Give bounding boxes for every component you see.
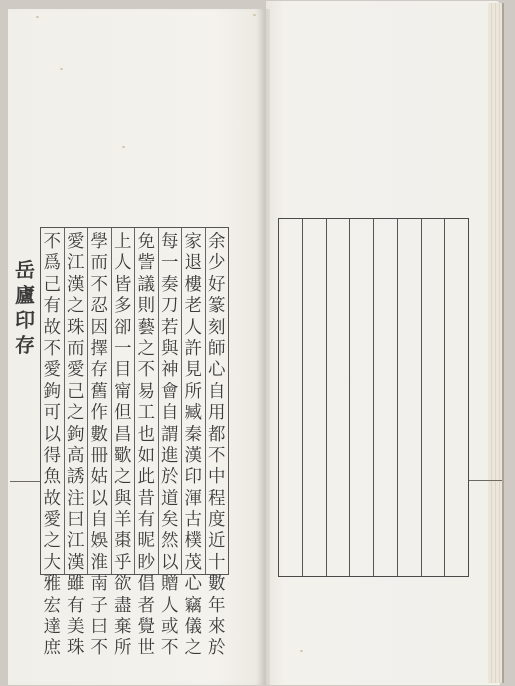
text-char: 所	[185, 382, 203, 403]
text-char: 珠	[67, 638, 85, 659]
text-char: 或	[161, 617, 179, 638]
text-char: 漢	[67, 275, 85, 296]
grid-column	[445, 219, 468, 576]
text-char: 一	[114, 339, 132, 360]
paper-speck	[60, 68, 63, 70]
text-char: 歜	[114, 446, 132, 467]
paper-speck	[122, 146, 125, 148]
text-char: 贈	[161, 574, 179, 595]
text-char: 多	[114, 296, 132, 317]
text-char: 美	[67, 617, 85, 638]
text-char: 己	[44, 275, 62, 296]
text-char: 然	[161, 531, 179, 552]
text-char: 若	[161, 318, 179, 339]
text-char: 雅	[44, 574, 62, 595]
text-char: 皆	[114, 275, 132, 296]
text-char: 工	[138, 403, 156, 424]
book-spine	[256, 9, 270, 685]
text-char: 棄	[114, 617, 132, 638]
text-char: 不	[44, 339, 62, 360]
text-char: 近	[208, 531, 226, 552]
text-char: 上	[114, 232, 132, 253]
text-char: 不	[91, 638, 109, 659]
text-char: 來	[208, 617, 226, 638]
text-char: 不	[91, 275, 109, 296]
text-column: 學而不忍因擇存舊作數冊姑以自娛淮南子曰不	[87, 228, 111, 574]
text-char: 子	[91, 596, 109, 617]
text-char: 樓	[185, 275, 203, 296]
text-char: 愛	[67, 232, 85, 253]
text-char: 昵	[138, 531, 156, 552]
text-char: 甯	[114, 382, 132, 403]
text-char: 議	[138, 275, 156, 296]
text-char: 有	[44, 296, 62, 317]
text-char: 茂	[185, 553, 203, 574]
text-char: 篆	[208, 296, 226, 317]
text-char: 一	[161, 253, 179, 274]
text-char: 好	[208, 275, 226, 296]
text-char: 世	[138, 638, 156, 659]
text-char: 昔	[138, 489, 156, 510]
text-char: 漢	[67, 553, 85, 574]
text-char: 中	[208, 467, 226, 488]
text-char: 之	[185, 638, 203, 659]
text-char: 乎	[114, 553, 132, 574]
text-char: 存	[91, 360, 109, 381]
text-char: 免	[138, 232, 156, 253]
text-char: 可	[44, 403, 62, 424]
page-edges	[488, 3, 504, 683]
text-column: 愛江漢之珠而愛己之鉤高誘注曰江漢雖有美珠	[64, 228, 88, 574]
text-char: 鉤	[67, 425, 85, 446]
text-char: 愛	[44, 360, 62, 381]
text-char: 之	[67, 403, 85, 424]
text-char: 雖	[67, 574, 85, 595]
text-char: 都	[208, 425, 226, 446]
text-char: 如	[138, 446, 156, 467]
grid-column	[303, 219, 327, 576]
text-char: 者	[138, 596, 156, 617]
text-char: 心	[208, 360, 226, 381]
text-char: 但	[114, 403, 132, 424]
text-char: 每	[161, 232, 179, 253]
text-char: 故	[44, 318, 62, 339]
text-char: 師	[208, 339, 226, 360]
grid-column	[398, 219, 422, 576]
text-char: 漢	[185, 446, 203, 467]
text-char: 學	[91, 232, 109, 253]
text-char: 曰	[67, 510, 85, 531]
text-char: 年	[208, 596, 226, 617]
text-column: 免訾議則藝之不易工也如此昔有昵眇倡者覺世	[134, 228, 158, 574]
text-char: 訾	[138, 253, 156, 274]
text-char: 盡	[114, 596, 132, 617]
text-char: 高	[67, 446, 85, 467]
text-char: 江	[67, 253, 85, 274]
text-char: 與	[114, 489, 132, 510]
text-char: 於	[161, 467, 179, 488]
text-char: 而	[91, 253, 109, 274]
text-column: 余少好篆刻師心自用都不中程度近十數年來於	[205, 228, 229, 574]
text-char: 不	[138, 360, 156, 381]
grid-column	[374, 219, 398, 576]
text-char: 欲	[114, 574, 132, 595]
paper-speck	[253, 14, 256, 16]
text-char: 不	[44, 232, 62, 253]
text-char: 心	[185, 574, 203, 595]
text-char: 神	[161, 360, 179, 381]
text-column: 不爲己有故不愛鉤可以得魚故愛之大雅宏達庶	[41, 228, 64, 574]
text-char: 愛	[44, 510, 62, 531]
text-char: 少	[208, 253, 226, 274]
text-char: 姑	[91, 467, 109, 488]
text-char: 刀	[161, 296, 179, 317]
text-char: 古	[185, 510, 203, 531]
text-char: 達	[44, 617, 62, 638]
text-char: 得	[44, 446, 62, 467]
text-char: 目	[114, 360, 132, 381]
grid-column	[422, 219, 446, 576]
text-char: 棗	[114, 531, 132, 552]
text-char: 以	[161, 553, 179, 574]
text-char: 之	[138, 339, 156, 360]
text-char: 道	[161, 489, 179, 510]
text-char: 庶	[44, 638, 62, 659]
text-char: 不	[208, 446, 226, 467]
text-char: 魚	[44, 467, 62, 488]
text-char: 倡	[138, 574, 156, 595]
text-char: 曰	[91, 617, 109, 638]
text-char: 樸	[185, 531, 203, 552]
text-char: 卻	[114, 318, 132, 339]
text-char: 此	[138, 467, 156, 488]
text-char: 謂	[161, 425, 179, 446]
text-char: 愛	[67, 360, 85, 381]
text-char: 渾	[185, 489, 203, 510]
text-char: 余	[208, 232, 226, 253]
text-char: 會	[161, 382, 179, 403]
text-char: 則	[138, 296, 156, 317]
text-char: 矣	[161, 510, 179, 531]
text-char: 鉤	[44, 382, 62, 403]
text-char: 娛	[91, 531, 109, 552]
text-char: 有	[67, 596, 85, 617]
text-char: 以	[44, 425, 62, 446]
preface-text-frame: 余少好篆刻師心自用都不中程度近十數年來於 家退樓老人許見所臧秦漢印渾古樸茂心竊儀…	[40, 227, 229, 575]
text-char: 度	[208, 510, 226, 531]
text-char: 己	[67, 382, 85, 403]
text-char: 於	[208, 638, 226, 659]
text-char: 與	[161, 339, 179, 360]
text-char: 奏	[161, 275, 179, 296]
text-char: 淮	[91, 553, 109, 574]
text-char: 用	[208, 403, 226, 424]
text-char: 昌	[114, 425, 132, 446]
text-char: 自	[161, 403, 179, 424]
paper-speck	[300, 650, 303, 652]
text-char: 許	[185, 339, 203, 360]
text-column: 上人皆多卻一目甯但昌歜之與羊棗乎欲盡棄所	[111, 228, 135, 574]
text-char: 眇	[138, 553, 156, 574]
text-char: 忍	[91, 296, 109, 317]
right-page-marker-line	[469, 480, 502, 481]
left-page-marker-line	[10, 481, 40, 482]
side-title-char: 存	[15, 333, 35, 359]
text-char: 自	[91, 510, 109, 531]
grid-column	[327, 219, 351, 576]
text-char: 人	[185, 318, 203, 339]
text-char: 冊	[91, 446, 109, 467]
side-title-char: 岳	[15, 258, 35, 284]
text-char: 大	[44, 553, 62, 574]
text-char: 儀	[185, 617, 203, 638]
text-char: 所	[114, 638, 132, 659]
grid-column	[279, 219, 303, 576]
blank-ruled-grid	[278, 218, 469, 577]
text-char: 覺	[138, 617, 156, 638]
text-char: 之	[44, 531, 62, 552]
text-char: 也	[138, 425, 156, 446]
text-char: 誘	[67, 467, 85, 488]
text-char: 舊	[91, 382, 109, 403]
text-char: 之	[114, 467, 132, 488]
text-char: 自	[208, 382, 226, 403]
side-title-char: 廬	[15, 283, 35, 309]
text-char: 擇	[91, 339, 109, 360]
text-char: 宏	[44, 596, 62, 617]
text-char: 竊	[185, 596, 203, 617]
paper-speck	[36, 16, 39, 18]
text-char: 易	[138, 382, 156, 403]
text-char: 人	[114, 253, 132, 274]
text-char: 程	[208, 489, 226, 510]
text-char: 珠	[67, 318, 85, 339]
side-title: 岳 廬 印 存	[14, 258, 36, 359]
text-char: 江	[67, 531, 85, 552]
text-column: 家退樓老人許見所臧秦漢印渾古樸茂心竊儀之	[181, 228, 205, 574]
text-char: 不	[161, 638, 179, 659]
side-title-char: 印	[15, 308, 35, 334]
text-char: 退	[185, 253, 203, 274]
text-char: 印	[185, 467, 203, 488]
text-char: 作	[91, 403, 109, 424]
text-char: 羊	[114, 510, 132, 531]
text-char: 注	[67, 489, 85, 510]
text-char: 以	[91, 489, 109, 510]
grid-column	[350, 219, 374, 576]
text-char: 人	[161, 596, 179, 617]
text-column: 每一奏刀若與神會自謂進於道矣然以贈人或不	[158, 228, 182, 574]
text-char: 因	[91, 318, 109, 339]
text-char: 進	[161, 446, 179, 467]
text-char: 見	[185, 360, 203, 381]
text-char: 南	[91, 574, 109, 595]
text-char: 臧	[185, 403, 203, 424]
text-char: 爲	[44, 253, 62, 274]
text-char: 秦	[185, 425, 203, 446]
text-char: 家	[185, 232, 203, 253]
text-char: 之	[67, 296, 85, 317]
text-char: 刻	[208, 318, 226, 339]
text-char: 數	[208, 574, 226, 595]
text-char: 故	[44, 489, 62, 510]
text-char: 十	[208, 553, 226, 574]
text-char: 而	[67, 339, 85, 360]
text-char: 老	[185, 296, 203, 317]
text-char: 有	[138, 510, 156, 531]
text-char: 數	[91, 425, 109, 446]
text-char: 藝	[138, 318, 156, 339]
